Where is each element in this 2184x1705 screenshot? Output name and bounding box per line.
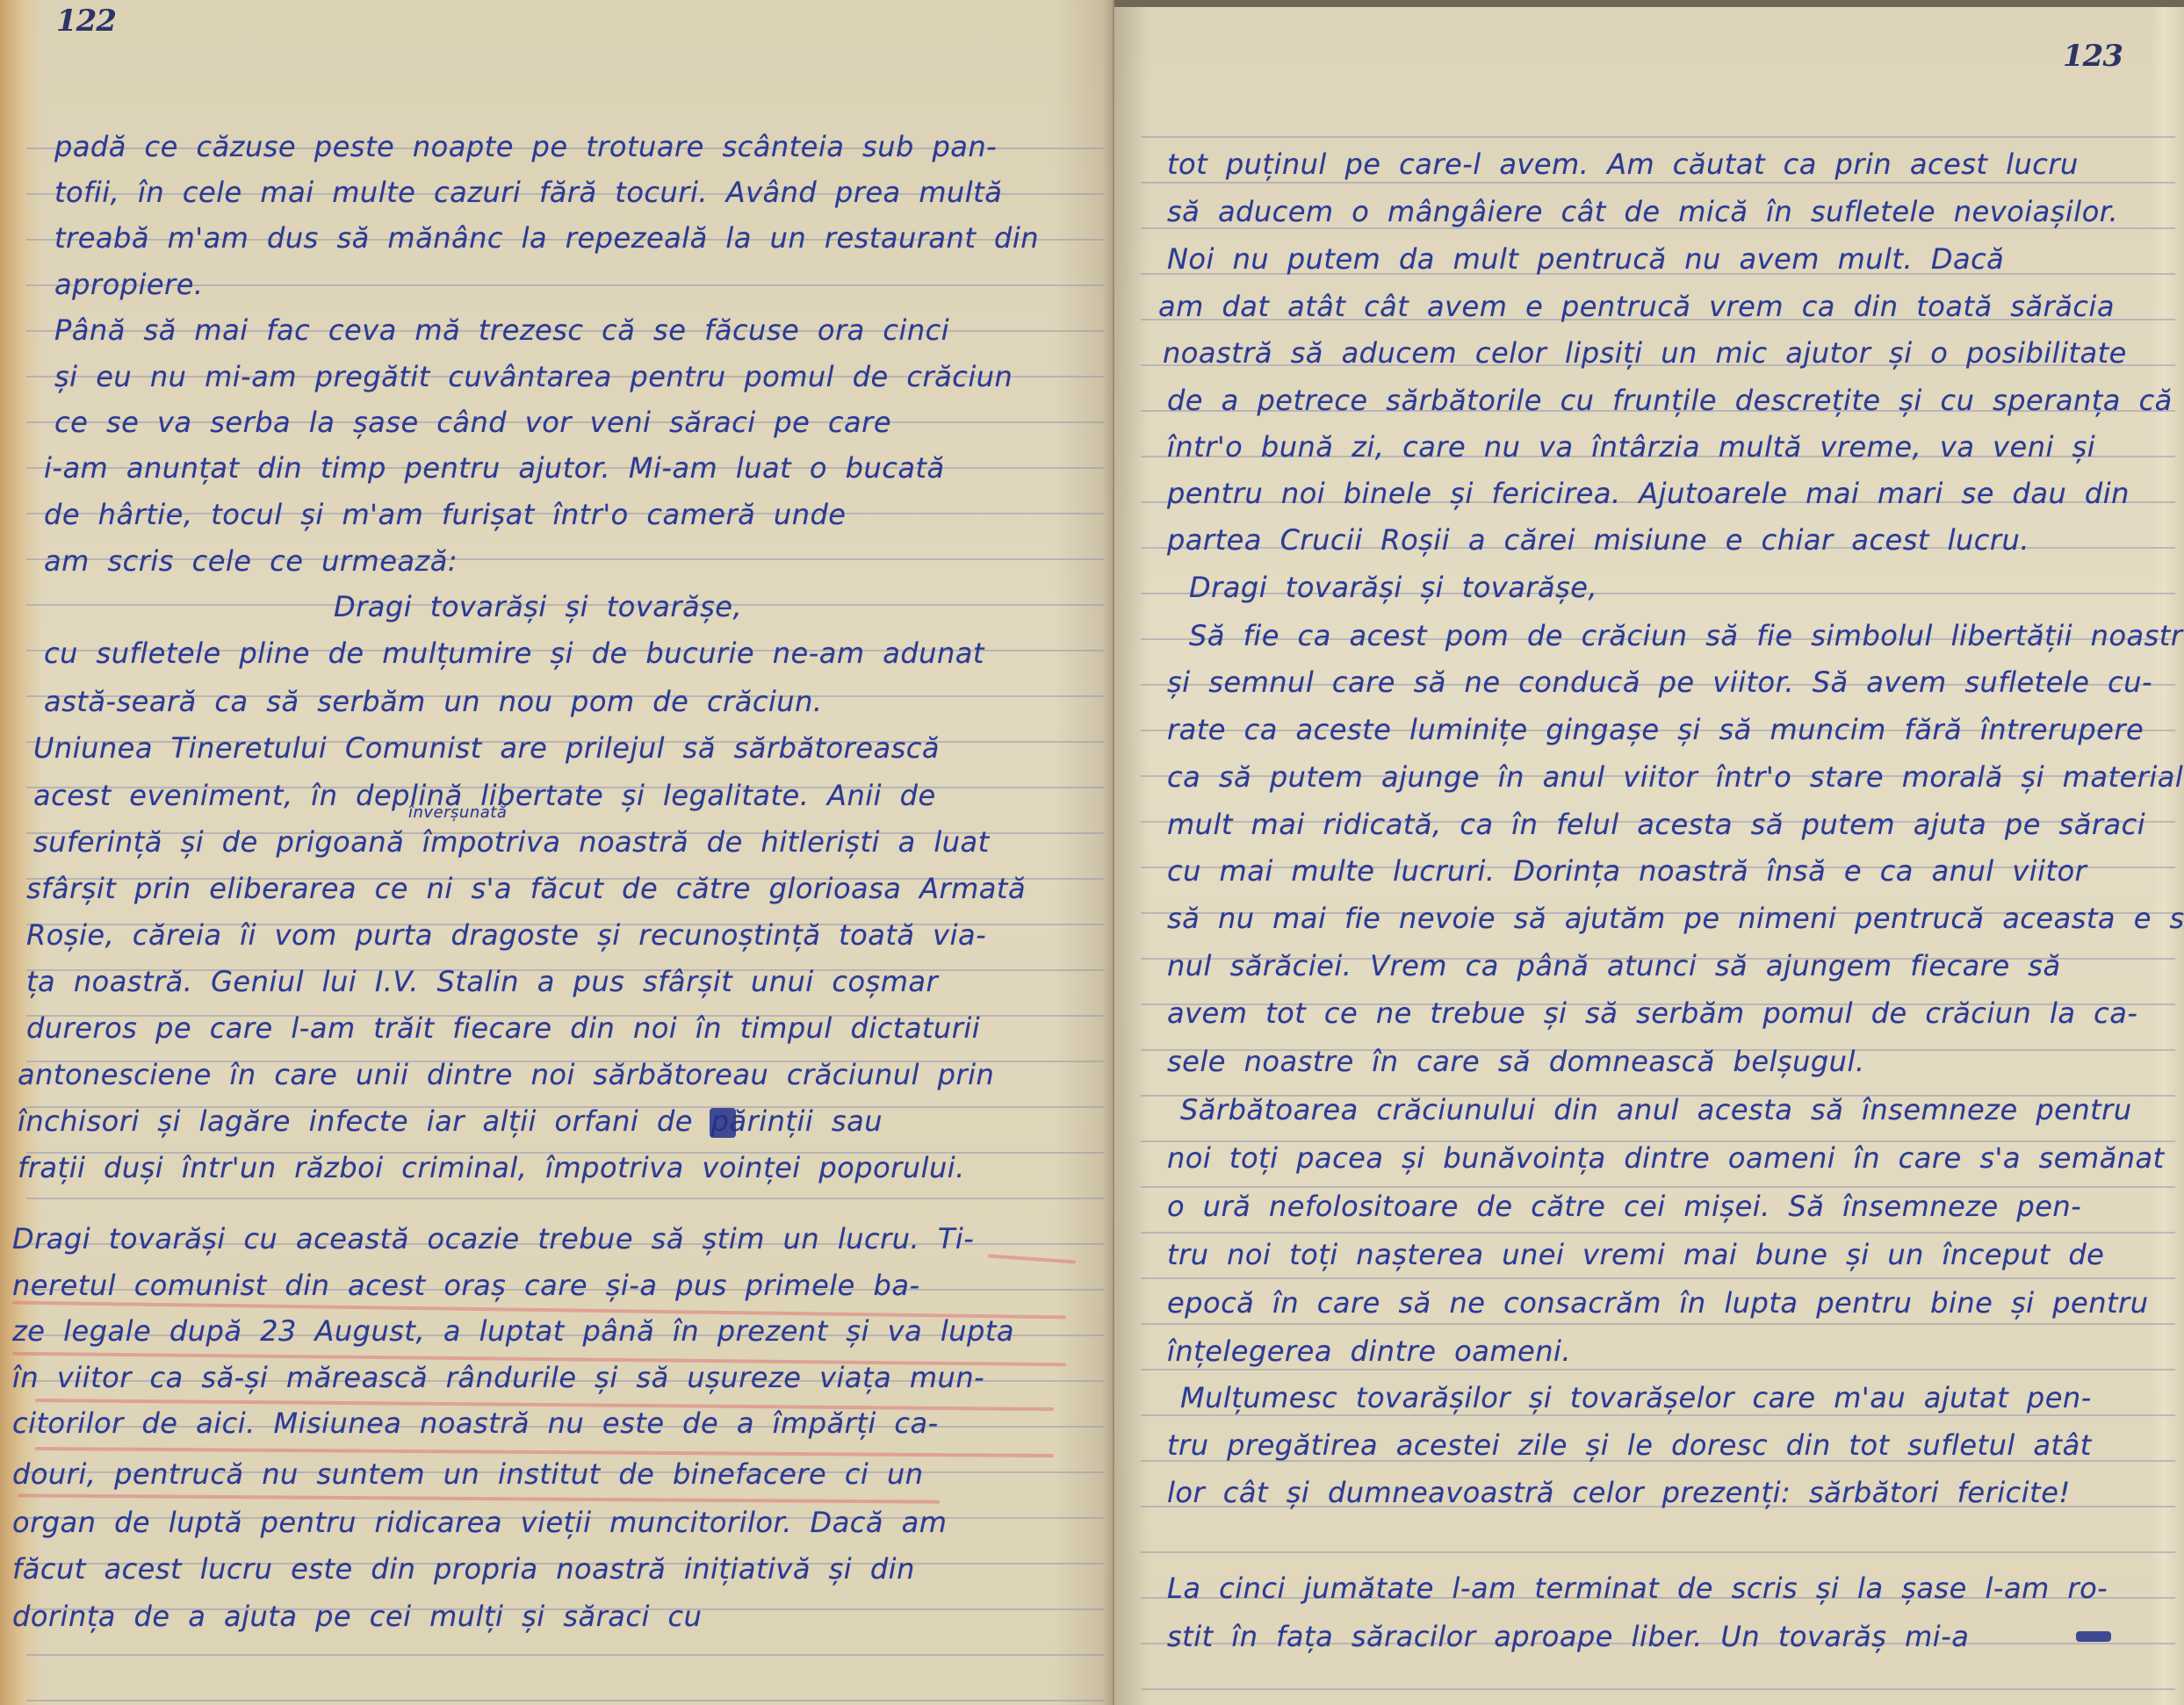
text-line: neretul comunist din acest oraș care și-…	[12, 1269, 920, 1302]
interlinear-insertion: înverșunată	[408, 803, 507, 822]
text-line: sfârșit prin eliberarea ce ni s'a făcut …	[26, 872, 1026, 905]
text-line: ca să putem ajunge în anul viitor într'o…	[1167, 760, 2184, 794]
ink-strikeout	[710, 1108, 736, 1138]
text-line: stit în fața săracilor aproape liber. Un…	[1167, 1620, 1969, 1653]
text-line: dorința de a ajuta pe cei mulți și sărac…	[12, 1600, 702, 1633]
text-line: am dat atât cât avem e pentrucă vrem ca …	[1158, 290, 2115, 323]
text-line: Roșie, căreia îi vom purta dragoste și r…	[26, 918, 986, 952]
text-line: cu mai multe lucruri. Dorința noastră în…	[1167, 854, 2087, 888]
text-line: de a petrece sărbătorile cu frunțile des…	[1167, 384, 2173, 417]
text-line: avem tot ce ne trebue și să serbăm pomul…	[1167, 996, 2137, 1030]
ruled-lines	[1141, 92, 2175, 1705]
text-line: Să fie ca acest pom de crăciun să fie si…	[1189, 619, 2184, 652]
text-line: făcut acest lucru este din propria noast…	[12, 1552, 915, 1586]
page-number: 122	[56, 4, 116, 39]
salutation-heading: Dragi tovarăși și tovarășe,	[334, 590, 742, 623]
text-line: ze legale după 23 August, a luptat până …	[12, 1314, 1014, 1348]
text-line: frații duși într'un război criminal, împ…	[18, 1151, 965, 1184]
text-line: să nu mai fie nevoie să ajutăm pe nimeni…	[1167, 902, 2184, 935]
text-line: tofii, în cele mai multe cazuri fără toc…	[54, 176, 1002, 209]
text-line: sele noastre în care să domnească belșug…	[1167, 1045, 1865, 1078]
text-line: închisori și lagăre infecte iar alții or…	[18, 1104, 883, 1138]
text-line: Noi nu putem da mult pentrucă nu avem mu…	[1167, 242, 2004, 276]
text-line: am scris cele ce urmează:	[44, 544, 458, 578]
text-line: organ de luptă pentru ridicarea vieții m…	[12, 1506, 947, 1539]
text-line: antonesciene în care unii dintre noi săr…	[18, 1058, 994, 1091]
right-page: 123 tot puținul pe care-l avem. Am căuta…	[1113, 0, 2184, 1705]
text-line: tru noi toți nașterea unei vremi mai bun…	[1167, 1238, 2104, 1271]
notebook-spread: 122 padă ce căzuse peste noapte pe trotu…	[0, 0, 2184, 1705]
text-line: cu sufletele pline de mulțumire și de bu…	[44, 637, 984, 670]
text-line: suferință și de prigoană împotriva noast…	[33, 825, 990, 859]
text-line: partea Crucii Roșii a cărei misiune e ch…	[1167, 523, 2029, 557]
text-line: tru pregătirea acestei zile și le doresc…	[1167, 1428, 2092, 1462]
text-line: o ură nefolositoare de către cei mișei. …	[1167, 1190, 2081, 1223]
text-line: La cinci jumătate l-am terminat de scris…	[1167, 1572, 2108, 1605]
text-line: Până să mai fac ceva mă trezesc că se fă…	[54, 313, 949, 347]
text-line: rate ca aceste luminițe gingașe și să mu…	[1167, 713, 2144, 746]
text-line: apropiere.	[54, 268, 204, 301]
text-line: dureros pe care l-am trăit fiecare din n…	[26, 1011, 980, 1045]
text-line: și semnul care să ne conducă pe viitor. …	[1167, 665, 2152, 699]
text-line: Dragi tovarăși cu această ocazie trebue …	[12, 1222, 974, 1255]
text-line: padă ce căzuse peste noapte pe trotuare …	[54, 130, 997, 163]
text-line: ța noastră. Geniul lui I.V. Stalin a pus…	[26, 965, 938, 998]
left-page: 122 padă ce căzuse peste noapte pe trotu…	[0, 0, 1113, 1705]
text-line: de hârtie, tocul și m'am furișat într'o …	[44, 498, 846, 531]
text-line: noastră să aducem celor lipsiți un mic a…	[1163, 336, 2127, 370]
text-line: într'o bună zi, care nu va întârzia mult…	[1167, 430, 2095, 464]
text-line: douri, pentrucă nu suntem un institut de…	[12, 1457, 924, 1491]
text-line: treabă m'am dus să mănânc la repezeală l…	[54, 221, 1039, 255]
text-line: tot puținul pe care-l avem. Am căutat ca…	[1167, 147, 2079, 181]
salutation-heading: Dragi tovarăși și tovarășe,	[1189, 571, 1597, 604]
text-line: ce se va serba la șase când vor veni săr…	[54, 406, 891, 439]
text-line: Uniunea Tineretului Comunist are prileju…	[33, 731, 940, 765]
text-line: epocă în care să ne consacrăm în lupta p…	[1167, 1286, 2148, 1320]
text-line: Mulțumesc tovarășilor și tovarășelor car…	[1180, 1381, 2092, 1414]
text-line: nul sărăciei. Vrem ca până atunci să aju…	[1167, 949, 2061, 982]
text-line: citorilor de aici. Misiunea noastră nu e…	[12, 1406, 939, 1440]
text-line: pentru noi binele și fericirea. Ajutoare…	[1167, 477, 2130, 510]
text-line: i-am anunțat din timp pentru ajutor. Mi-…	[44, 451, 945, 485]
text-line: astă-seară ca să serbăm un nou pom de cr…	[44, 685, 823, 718]
text-line: și eu nu mi-am pregătit cuvântarea pentr…	[54, 360, 1013, 393]
text-line: lor cât și dumneavoastră celor prezenți:…	[1167, 1476, 2071, 1509]
text-line: noi toți pacea și bunăvoința dintre oame…	[1167, 1141, 2165, 1175]
text-line: înțelegerea dintre oameni.	[1167, 1335, 1571, 1368]
page-number: 123	[2063, 39, 2123, 74]
text-line: în viitor ca să-și mărească rândurile și…	[12, 1361, 984, 1394]
text-line: să aducem o mângâiere cât de mică în suf…	[1167, 195, 2118, 228]
ink-strikeout	[2076, 1631, 2111, 1642]
text-line: Sărbătoarea crăciunului din anul acesta …	[1180, 1093, 2132, 1126]
text-line: mult mai ridicată, ca în felul acesta să…	[1167, 808, 2145, 841]
